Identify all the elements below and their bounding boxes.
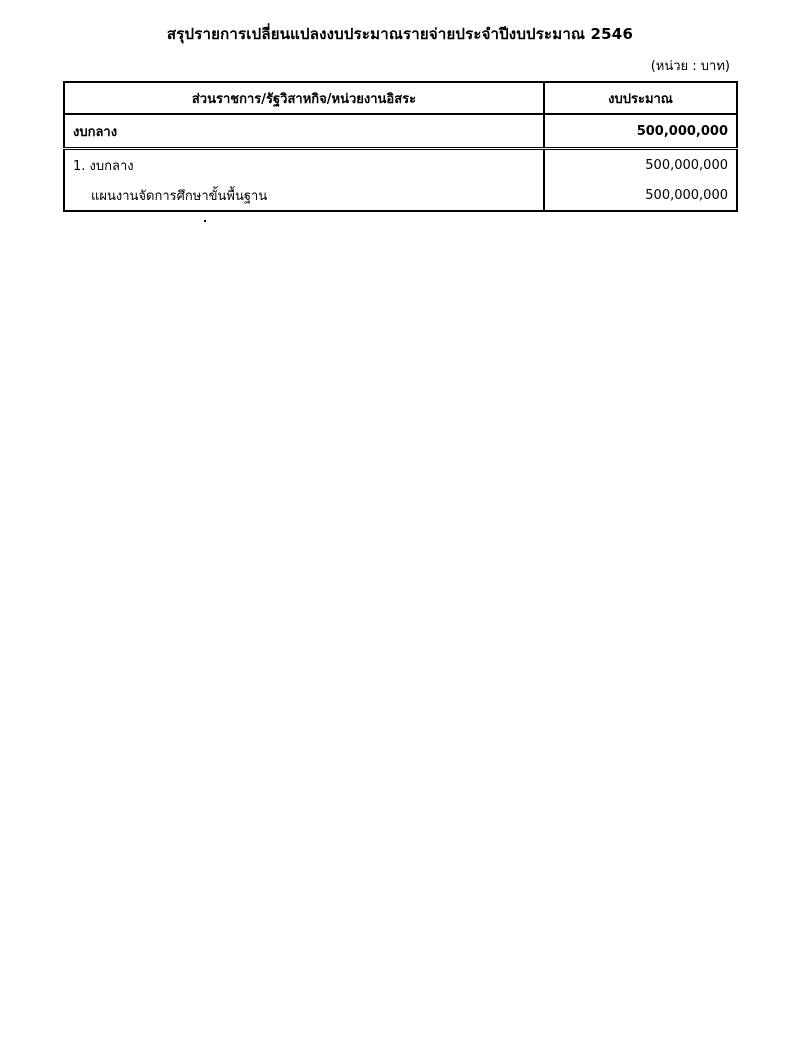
unit-note: (หน่วย : บาท) bbox=[651, 58, 730, 76]
header-amount: งบประมาณ bbox=[544, 82, 737, 114]
table-header-row: ส่วนราชการ/รัฐวิสาหกิจ/หน่วยงานอิสระ งบป… bbox=[64, 82, 737, 114]
table-row-group: งบกลาง 500,000,000 bbox=[64, 114, 737, 149]
row-name: 1. งบกลาง bbox=[64, 149, 544, 181]
row-name: แผนงานจัดการศึกษาขั้นพื้นฐาน bbox=[64, 180, 544, 211]
table-row: 1. งบกลาง 500,000,000 bbox=[64, 149, 737, 181]
group-amount: 500,000,000 bbox=[544, 114, 737, 149]
row-amount: 500,000,000 bbox=[544, 180, 737, 211]
group-name: งบกลาง bbox=[64, 114, 544, 149]
header-name: ส่วนราชการ/รัฐวิสาหกิจ/หน่วยงานอิสระ bbox=[64, 82, 544, 114]
budget-table: ส่วนราชการ/รัฐวิสาหกิจ/หน่วยงานอิสระ งบป… bbox=[63, 81, 738, 212]
row-amount: 500,000,000 bbox=[544, 149, 737, 181]
scan-speck bbox=[204, 220, 206, 222]
table-row: แผนงานจัดการศึกษาขั้นพื้นฐาน 500,000,000 bbox=[64, 180, 737, 211]
document-title: สรุปรายการเปลี่ยนแปลงงบประมาณรายจ่ายประจ… bbox=[0, 24, 800, 44]
